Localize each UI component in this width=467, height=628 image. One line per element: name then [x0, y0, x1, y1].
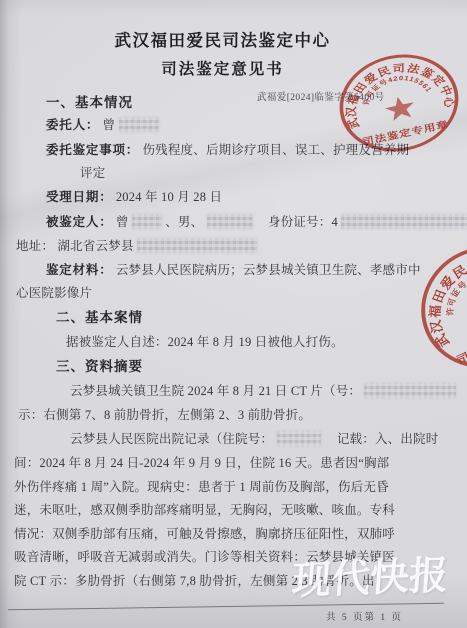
news-watermark: 现代快报	[291, 553, 467, 603]
ct-film-line: 云梦县城关镇卫生院 2024 年 8 月 21 日 CT 片（号：	[70, 383, 456, 400]
redaction-blur	[137, 238, 257, 253]
record-body-line: 迷，未呕吐，感双侧季肋部疼痛明显，无胸闷，无咳嗽、咳血。专科	[14, 502, 395, 519]
address-label: 地址：	[16, 239, 54, 253]
seal-banner-text: 司法鉴定专用章	[454, 316, 467, 368]
redaction-blur	[207, 214, 253, 229]
org-title: 武汉福田爱民司法鉴定中心	[0, 27, 456, 51]
ct-film-text: 云梦县城关镇卫生院 2024 年 8 月 21 日 CT 片（号：	[70, 384, 361, 398]
statement-line: 据被鉴定人自述：2024 年 8 月 19 日被他人打伤。	[66, 334, 344, 351]
accept-date-value: 2024 年 10 月 28 日	[116, 190, 222, 204]
accept-date-label: 受理日期：	[46, 190, 113, 204]
discharge-record-line: 云梦县人民医院出院记录（住院号： 记载：入、出院时	[70, 431, 438, 448]
client-value: 曾	[103, 118, 116, 132]
official-seal-side: 武汉福田爱民司法鉴定中心 许可证号420115561 司法鉴定专用章	[395, 219, 467, 395]
client-label: 委托人：	[46, 118, 99, 132]
matters-line-cont: 评定	[80, 165, 105, 182]
materials-label: 鉴定材料：	[46, 263, 113, 277]
seal-star	[383, 94, 417, 122]
redaction-blur	[341, 214, 467, 229]
appraisee-mid: 、男、	[165, 215, 203, 229]
materials-line-cont: 心医院影像片	[16, 285, 92, 302]
record-body-line: 情况：双侧季肋部有压痛，可触及骨擦感，胸廓挤压征阳性，双肺呼	[14, 526, 395, 543]
page-number: 共 5 页第 1 页	[326, 609, 403, 623]
section2-heading: 二、基本案情	[56, 309, 143, 326]
record-body-line: 间：2024 年 8 月 24 日-2024 年 9 月 9 日，住院 16 天…	[14, 455, 389, 472]
materials-line: 鉴定材料： 云梦县人民医院病历；云梦县城关镇卫生院、孝感市中	[46, 262, 421, 279]
address-value: 湖北省云梦县	[57, 239, 133, 253]
appraisal-document-photo: 武汉福田爱民司法鉴定中心 司法鉴定意见书 武福爱[2024]临鉴字第5400号 …	[0, 0, 467, 628]
discharge-text-a: 云梦县人民医院出院记录（住院号：	[70, 432, 273, 446]
appraisee-id-label: 身份证号：4	[268, 215, 338, 229]
matters-label: 委托鉴定事项：	[46, 143, 139, 157]
appraisee-surname: 曾	[116, 215, 129, 229]
redaction-blur	[132, 214, 162, 229]
address-line: 地址： 湖北省云梦县	[16, 238, 257, 255]
materials-value: 云梦县人民医院病历；云梦县城关镇卫生院、孝感市中	[116, 263, 421, 277]
section3-heading: 三、资料摘要	[56, 358, 143, 375]
seal-org-arc-text: 武汉福田爱民司法鉴定中心	[334, 51, 459, 131]
discharge-text-b: 记载：入、出院时	[337, 432, 439, 446]
record-body-line: 外伤伴疼痛 1 周”入院。现病史：患者于 1 周前伤及胸部，伤后无昏	[14, 479, 389, 496]
client-line: 委托人： 曾	[46, 117, 159, 134]
seal-banner-text: 司法鉴定专用章	[361, 118, 449, 147]
svg-text:武汉福田爱民司法鉴定中心: 武汉福田爱民司法鉴定中心	[334, 51, 459, 131]
appraisee-line: 被鉴定人： 曾 、男、 身份证号：4	[46, 214, 467, 231]
redaction-blur	[277, 431, 321, 446]
redaction-blur	[119, 117, 159, 132]
seal-graphic: 武汉福田爱民司法鉴定中心 许可证号420115561 司法鉴定专用章	[395, 219, 467, 395]
section1-heading: 一、基本情况	[46, 94, 133, 111]
ct-result-line: 示：右侧第 7、8 前肋骨折，左侧第 2、3 前肋骨折。	[18, 407, 311, 424]
appraisee-label: 被鉴定人：	[46, 215, 113, 229]
accept-date-line: 受理日期： 2024 年 10 月 28 日	[46, 189, 222, 206]
